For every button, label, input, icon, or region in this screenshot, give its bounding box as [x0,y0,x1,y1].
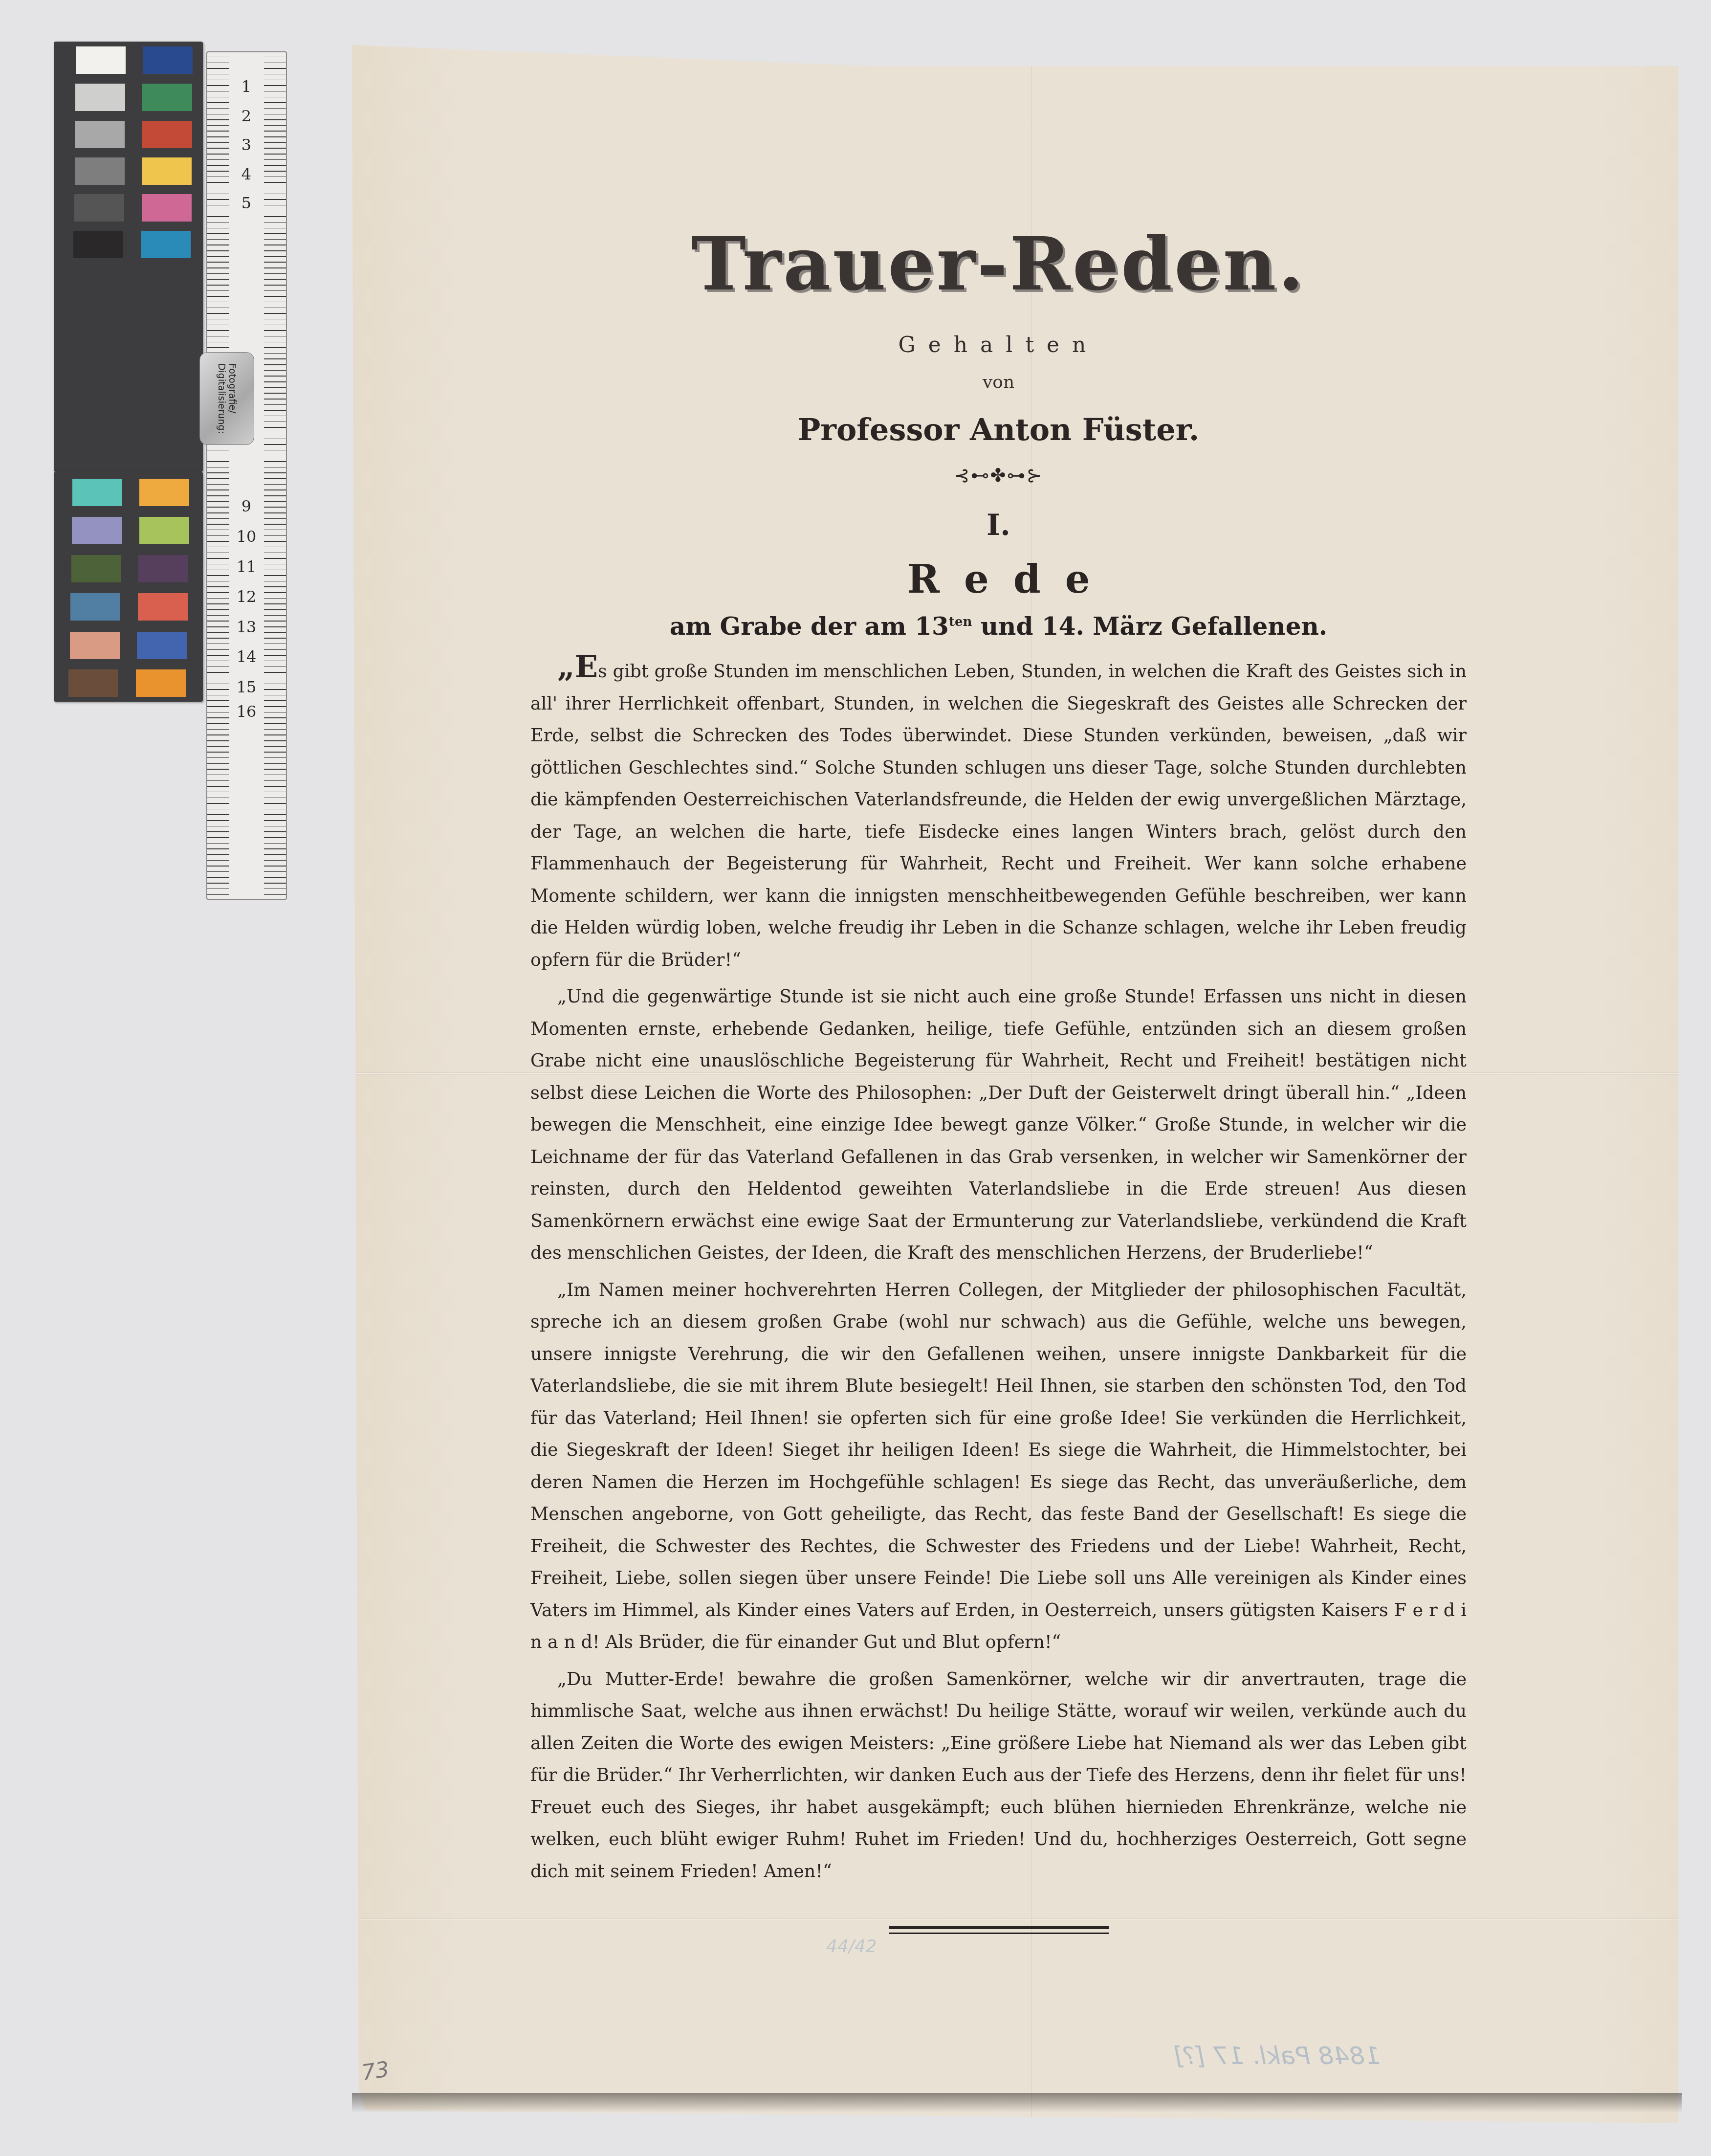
author-name: Professor Anton Füster. [530,412,1467,447]
speech-body: „Es gibt große Stunden im menschlichen L… [530,655,1467,1887]
swatch [71,555,121,582]
swatch [139,479,189,506]
swatch [138,555,188,582]
ruler-ticks-right [264,52,286,899]
ruler-number: 4 [232,165,261,183]
blue-pencil-mark-small: 44/42 [826,1936,877,1956]
color-checker-bottom [54,472,203,702]
measurement-ruler: 1 2 3 4 5 9 10 11 12 13 14 15 16 [206,51,287,900]
paragraph: „Und die gegenwärtige Stunde ist sie nic… [530,980,1467,1269]
ruler-number: 9 [232,497,261,515]
swatch [72,517,122,544]
paragraph: „Im Namen meiner hochverehrten Herren Co… [530,1274,1467,1658]
swatch [75,157,125,185]
ruler-ticks-left [207,52,229,899]
swatch [75,121,125,148]
ruler-number: 16 [232,703,261,720]
section-heading: Rede [530,556,1467,602]
swatch [137,632,187,659]
color-checker-top [54,42,203,472]
ruler-number: 11 [232,558,261,576]
ruler-number: 13 [232,618,261,636]
paragraph: „Du Mutter-Erde! bewahre die großen Same… [530,1663,1467,1888]
document-title: Trauer-Reden. [530,220,1467,308]
by-label: von [530,372,1467,392]
swatch [76,46,126,74]
swatch [136,669,186,697]
ruler-number: 12 [232,588,261,605]
paper-shadow [352,2093,1682,2112]
swatch [142,157,192,185]
ruler-number: 15 [232,678,261,696]
ruler-number: 3 [232,136,261,154]
blue-pencil-note: 1848 Pakl. 17 [?] [1173,2042,1381,2070]
swatch [70,593,120,621]
ruler-number: 1 [232,78,261,95]
subtitle-superscript: ten [949,615,972,629]
digitization-label: Fotografie/ Digitalisierung: [199,352,254,445]
held-label: Gehalten [530,333,1467,357]
swatch [70,632,120,659]
section-numeral: I. [530,508,1467,542]
swatch [142,194,192,222]
ornament-divider-icon: ⊰⊷✤⊶⊱ [530,465,1467,486]
paragraph-text: „Und die gegenwärtige Stunde ist sie nic… [530,986,1467,1263]
paragraph-text: „Du Mutter-Erde! bewahre die großen Same… [530,1668,1467,1882]
swatch [74,194,124,222]
swatch [138,593,188,621]
swatch [75,84,125,111]
swatch [143,46,193,74]
color-checker [54,42,203,912]
end-double-rule [889,1926,1109,1934]
document-content: Trauer-Reden. Gehalten von Professor Ant… [530,220,1467,1934]
swatch [141,231,191,258]
ruler-number: 14 [232,648,261,666]
ruler-number: 5 [232,194,261,212]
paragraph-text: s gibt große Stunden im menschlichen Leb… [530,661,1467,970]
paragraph-text: „Im Namen meiner hochverehrten Herren Co… [530,1279,1467,1653]
swatch [139,517,189,544]
paragraph: „Es gibt große Stunden im menschlichen L… [530,655,1467,976]
swatch [142,121,192,148]
swatch [142,84,192,111]
pencil-folio-number: 73 [360,2057,391,2085]
ruler-number: 2 [232,107,261,125]
swatch [72,479,122,506]
section-subtitle: am Grabe der am 13ten und 14. März Gefal… [530,612,1467,641]
ruler-number: 10 [232,528,261,545]
subtitle-pre: am Grabe der am 13 [670,612,949,641]
digitization-label-text: Fotografie/ Digitalisierung: [216,363,238,434]
subtitle-post: und 14. März Gefallenen. [972,612,1327,641]
drop-cap: „E [557,649,598,685]
swatch [68,669,118,697]
swatch [73,231,123,258]
